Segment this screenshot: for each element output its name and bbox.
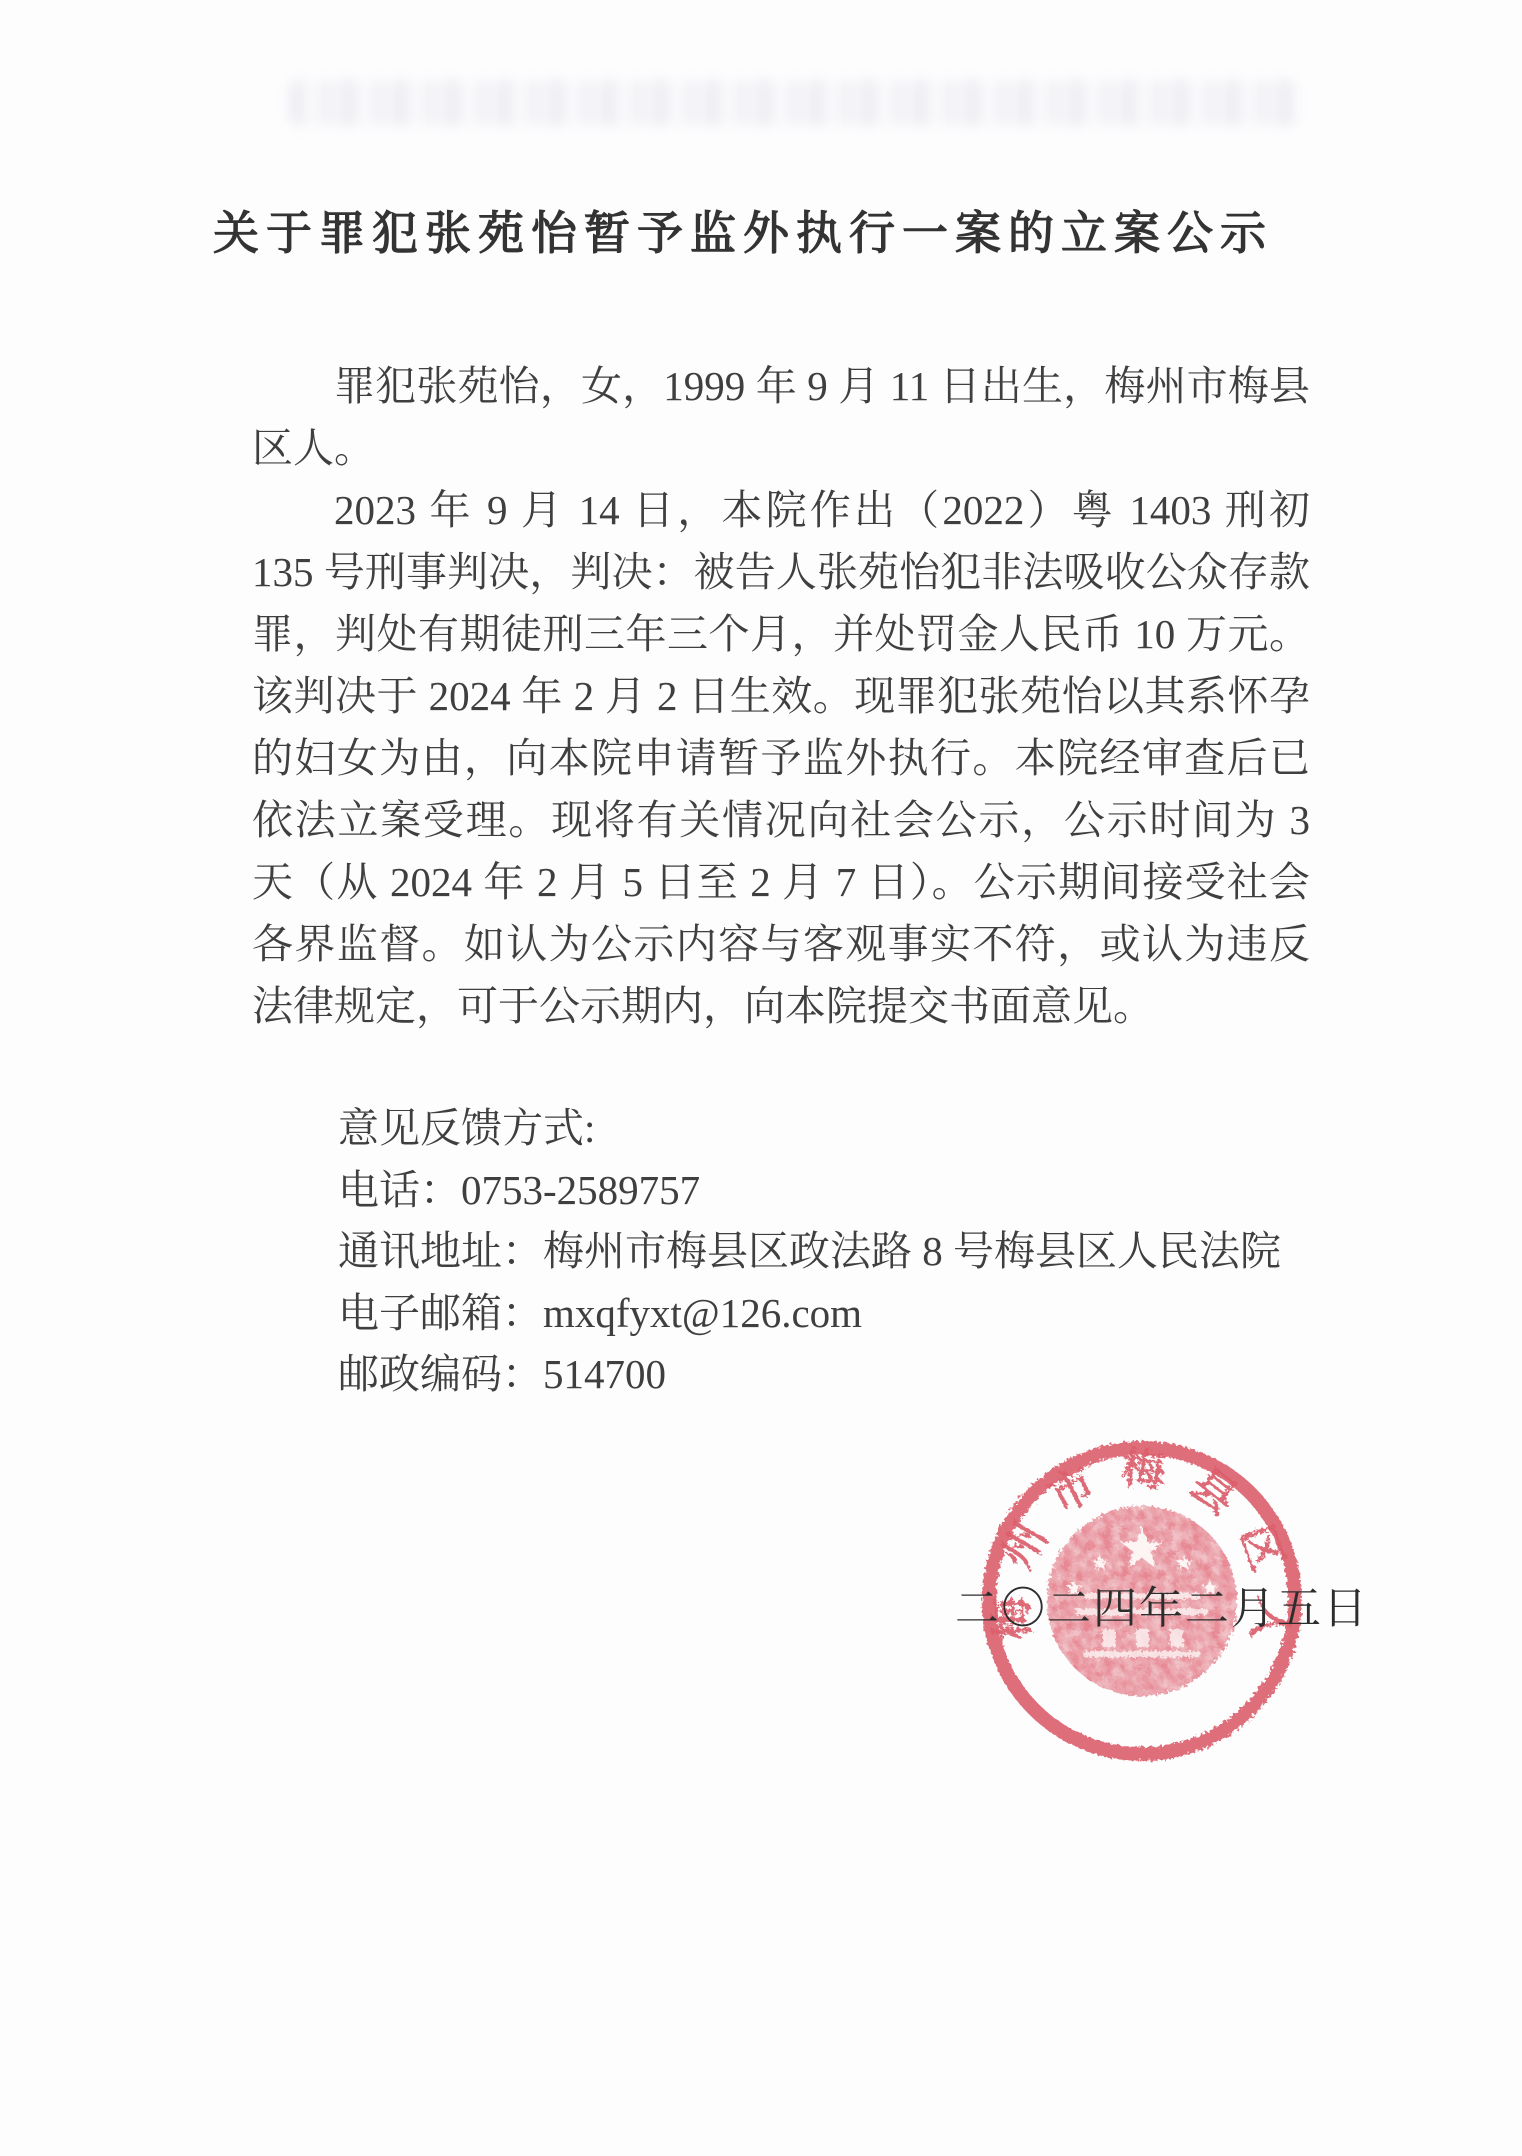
document-body: 罪犯张苑怡，女，1999 年 9 月 11 日出生，梅州市梅县区人。 2023 … xyxy=(252,355,1310,1037)
feedback-heading: 意见反馈方式: xyxy=(252,1098,1352,1160)
issue-date: 二〇二四年二月五日 xyxy=(955,1579,1375,1639)
paragraph-case-details: 2023 年 9 月 14 日，本院作出（2022）粤 1403 刑初 135 … xyxy=(252,479,1310,1037)
scanned-court-notice: 关于罪犯张苑怡暂予监外执行一案的立案公示 罪犯张苑怡，女，1999 年 9 月 … xyxy=(0,0,1522,2156)
paragraph-offender-info: 罪犯张苑怡，女，1999 年 9 月 11 日出生，梅州市梅县区人。 xyxy=(252,355,1310,479)
feedback-section: 意见反馈方式: 电话：0753-2589757 通讯地址：梅州市梅县区政法路 8… xyxy=(252,1098,1352,1406)
feedback-phone: 电话：0753-2589757 xyxy=(252,1160,1352,1222)
page-title: 关于罪犯张苑怡暂予监外执行一案的立案公示 xyxy=(0,197,1504,263)
feedback-email: 电子邮箱：mxqfyxt@126.com xyxy=(252,1283,1352,1345)
bleedthrough-artifact xyxy=(290,80,1300,126)
feedback-address: 通讯地址：梅州市梅县区政法路 8 号梅县区人民法院 xyxy=(252,1221,1352,1283)
feedback-postcode: 邮政编码：514700 xyxy=(252,1344,1352,1406)
